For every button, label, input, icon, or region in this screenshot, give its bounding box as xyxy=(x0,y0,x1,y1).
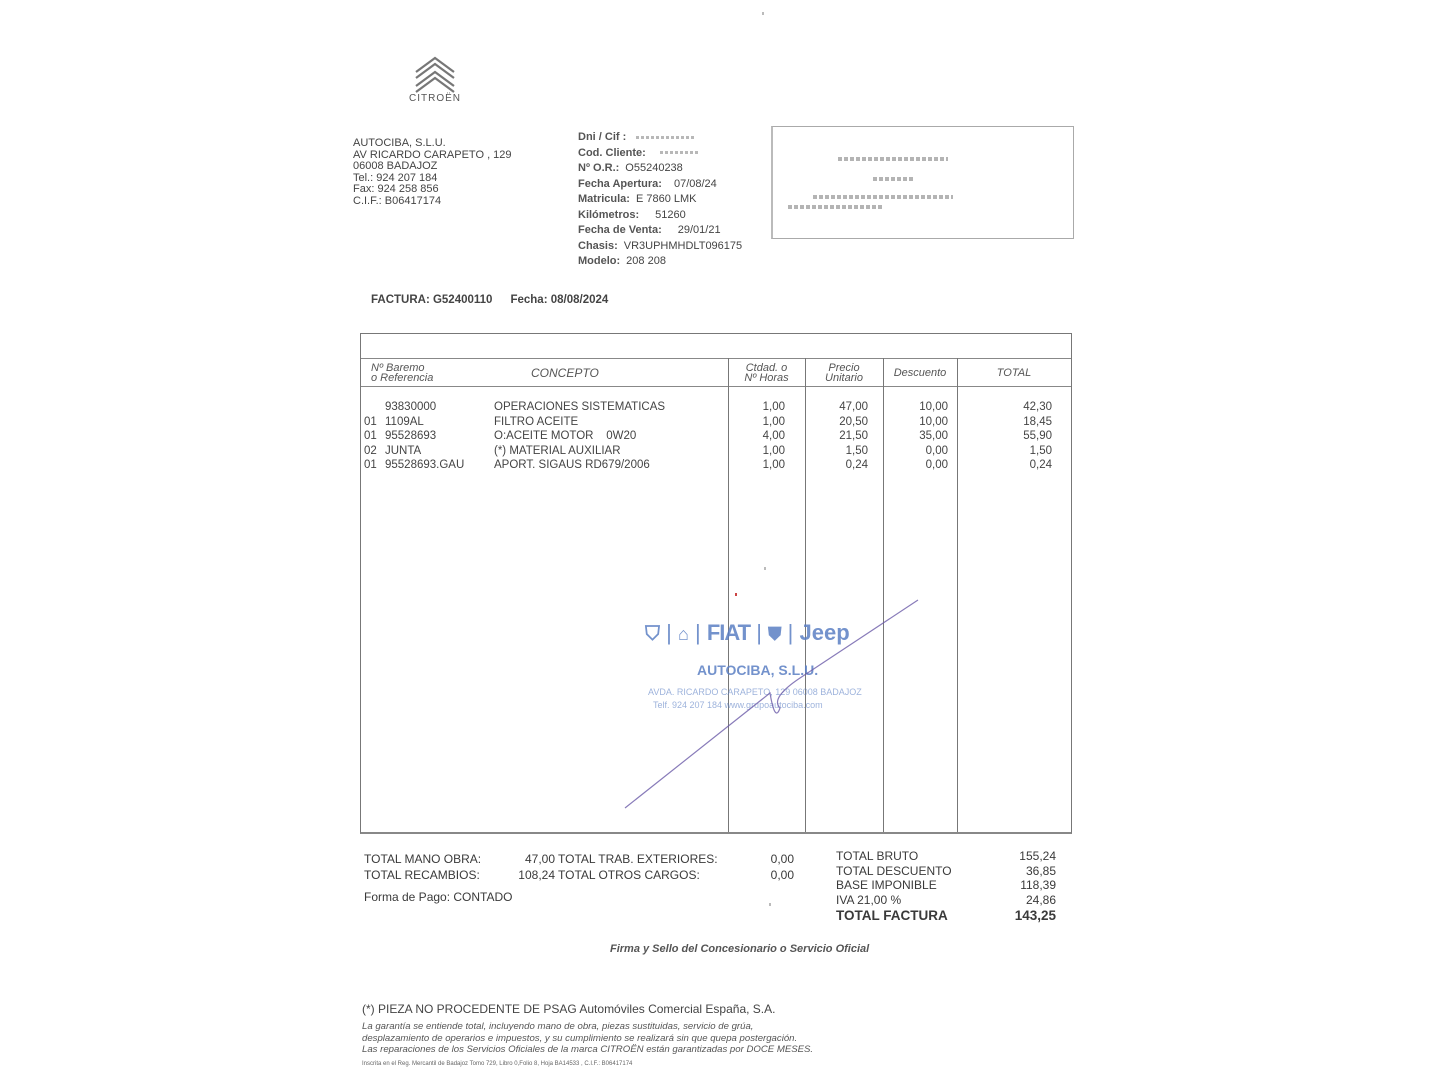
table-divider xyxy=(361,386,1071,387)
signature-stroke xyxy=(620,598,920,810)
header-quantity: Ctdad. o Nº Horas xyxy=(728,363,805,383)
cell-concept: APORT. SIGAUS RD679/2006 xyxy=(494,458,724,473)
redacted-value xyxy=(636,136,696,139)
invoice-header: FACTURA: G52400110Fecha: 08/08/2024 xyxy=(371,294,608,306)
cell-prefix: 01 xyxy=(364,458,382,473)
cell-quantity: 1,00 xyxy=(728,415,785,430)
customer-address-box xyxy=(771,126,1074,239)
cell-concept: FILTRO ACEITE xyxy=(494,415,724,430)
field-client-code: Cod. Cliente: xyxy=(578,146,742,162)
cell-total: 18,45 xyxy=(957,415,1052,430)
table-divider xyxy=(361,358,1071,359)
scan-artifact xyxy=(735,593,737,596)
field-chassis: Chasis:VR3UPHMHDLT096175 xyxy=(578,239,742,255)
field-open-date: Fecha Apertura:07/08/24 xyxy=(578,177,742,193)
field-plate: Matricula:E 7860 LMK xyxy=(578,192,742,208)
field-sale-date: Fecha de Venta:29/01/21 xyxy=(578,223,742,239)
brand-name: CITROËN xyxy=(398,93,472,104)
cell-total: 55,90 xyxy=(957,429,1052,444)
registry-info: Inscrita en el Reg. Mercantil de Badajoz… xyxy=(362,1061,632,1067)
cell-reference: JUNTA xyxy=(385,444,505,459)
cell-unit-price: 21,50 xyxy=(805,429,868,444)
company-name: AUTOCIBA, S.L.U. xyxy=(353,138,512,150)
cell-discount: 0,00 xyxy=(883,444,948,459)
field-model: Modelo:208 208 xyxy=(578,254,742,270)
company-info: AUTOCIBA, S.L.U. AV RICARDO CARAPETO , 1… xyxy=(353,138,512,208)
cell-unit-price: 1,50 xyxy=(805,444,868,459)
signature-caption: Firma y Sello del Concesionario o Servic… xyxy=(610,943,869,955)
cell-prefix: 01 xyxy=(364,415,382,430)
field-km: Kilómetros:51260 xyxy=(578,208,742,224)
cell-discount: 35,00 xyxy=(883,429,948,444)
header-unit-price: Precio Unitario xyxy=(805,363,883,383)
invoice-number: FACTURA: G52400110 xyxy=(371,294,492,306)
cell-concept: O:ACEITE MOTOR 0W20 xyxy=(494,429,724,444)
cell-unit-price: 20,50 xyxy=(805,415,868,430)
cell-quantity: 1,00 xyxy=(728,458,785,473)
cell-total: 1,50 xyxy=(957,444,1052,459)
company-cif: C.I.F.: B06417174 xyxy=(353,196,512,208)
disclaimer: (*) PIEZA NO PROCEDENTE DE PSAG Automóvi… xyxy=(362,1002,775,1016)
cell-quantity: 4,00 xyxy=(728,429,785,444)
cell-discount: 10,00 xyxy=(883,415,948,430)
redacted-value xyxy=(660,151,700,154)
cell-unit-price: 0,24 xyxy=(805,458,868,473)
scan-artifact xyxy=(769,903,771,906)
cell-reference: 95528693.GAU xyxy=(385,458,505,473)
scan-artifact xyxy=(762,12,764,15)
cell-reference: 1109AL xyxy=(385,415,505,430)
cell-total: 42,30 xyxy=(957,400,1052,415)
cell-prefix: 02 xyxy=(364,444,382,459)
field-dni: Dni / Cif : xyxy=(578,130,742,146)
field-or-number: Nº O.R.:O55240238 xyxy=(578,161,742,177)
cell-quantity: 1,00 xyxy=(728,400,785,415)
redacted-line xyxy=(873,177,913,181)
cell-quantity: 1,00 xyxy=(728,444,785,459)
vehicle-info: Dni / Cif : Cod. Cliente: Nº O.R.:O55240… xyxy=(578,130,742,270)
cell-discount: 0,00 xyxy=(883,458,948,473)
cell-reference: 93830000 xyxy=(385,400,505,415)
header-concept: CONCEPTO xyxy=(531,368,599,378)
redacted-line xyxy=(838,157,948,161)
header-total: TOTAL xyxy=(957,368,1071,378)
cell-total: 0,24 xyxy=(957,458,1052,473)
cell-reference: 95528693 xyxy=(385,429,505,444)
cell-concept: (*) MATERIAL AUXILIAR xyxy=(494,444,724,459)
cell-prefix: 01 xyxy=(364,429,382,444)
cell-unit-price: 47,00 xyxy=(805,400,868,415)
cell-discount: 10,00 xyxy=(883,400,948,415)
redacted-line xyxy=(813,195,953,199)
header-reference: Nº Baremo o Referencia xyxy=(371,363,433,383)
invoice-date: Fecha: 08/08/2024 xyxy=(510,294,608,306)
header-discount: Descuento xyxy=(883,368,957,378)
cell-concept: OPERACIONES SISTEMATICAS xyxy=(494,400,724,415)
scan-artifact xyxy=(764,567,766,570)
warranty-text: La garantía se entiende total, incluyend… xyxy=(362,1021,813,1056)
redacted-line xyxy=(788,205,883,209)
